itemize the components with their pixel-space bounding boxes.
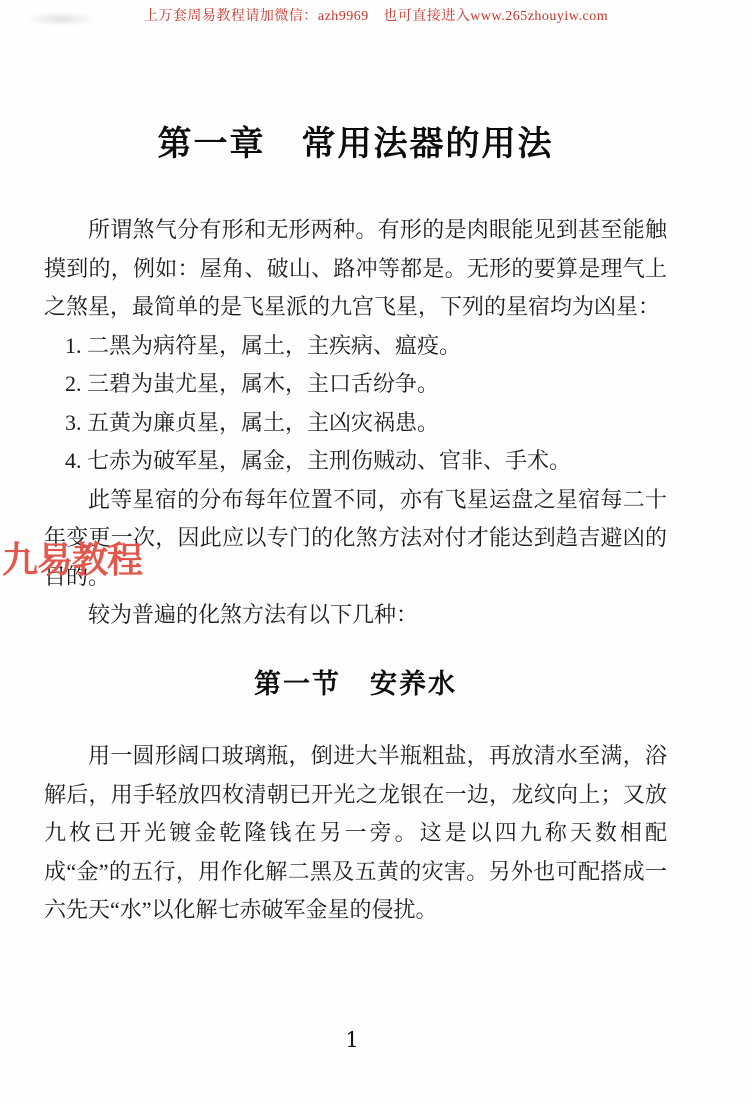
section-title: 第一节 安养水: [44, 662, 667, 701]
paragraph-section-body: 用一圆形阔口玻璃瓶，倒进大半瓶粗盐，再放清水至满，浴解后，用手轻放四枚清朝已开光…: [44, 737, 667, 930]
paragraph-intro: 所谓煞气分有形和无形两种。有形的是肉眼能见到甚至能触摸到的，例如：屋角、破山、路…: [44, 211, 667, 327]
scanned-book-page: 上万套周易教程请加微信：azh9969 也可直接进入www.265zhouyiw…: [0, 0, 752, 1104]
list-item-3: 3. 五黄为廉贞星，属土，主凶灾祸患。: [44, 404, 667, 443]
list-item-4: 4. 七赤为破军星，属金，主刑伤贼动、官非、手术。: [44, 442, 667, 481]
scan-smudge-artifact: [26, 12, 96, 26]
paragraph-transition: 较为普遍的化煞方法有以下几种：: [44, 596, 667, 635]
list-item-2: 2. 三碧为蚩尤星，属木，主口舌纷争。: [44, 365, 667, 404]
page-number: 1: [338, 1028, 366, 1052]
section-body: 用一圆形阔口玻璃瓶，倒进大半瓶粗盐，再放清水至满，浴解后，用手轻放四枚清朝已开光…: [44, 737, 667, 930]
list-item-1: 1. 二黑为病符星，属土，主疾病、瘟疫。: [44, 327, 667, 366]
header-promo-line: 上万套周易教程请加微信：azh9969 也可直接进入www.265zhouyiw…: [0, 5, 752, 25]
watermark-overlay: 九易教程: [2, 532, 142, 583]
chapter-title: 第一章 常用法器的用法: [44, 116, 667, 165]
